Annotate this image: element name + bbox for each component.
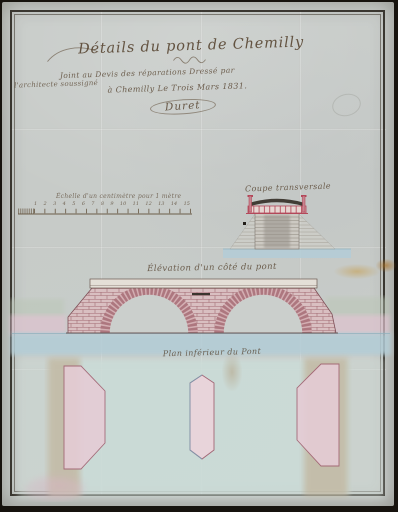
coupe-deck-beams <box>248 206 306 213</box>
parapet <box>90 279 317 288</box>
coupe-drawing <box>217 192 352 262</box>
plan-drawing <box>2 350 398 502</box>
green-wash-left <box>10 299 64 317</box>
scanned-sheet: Détails du pont de Chemilly Joint au Dev… <box>0 0 398 512</box>
scale-label: Échelle d'un centimètre pour 1 mètre <box>56 193 181 200</box>
keystone-mark <box>192 293 210 295</box>
title-block: Détails du pont de Chemilly Joint au Dev… <box>31 33 353 119</box>
coupe-left-parapet-post <box>249 196 252 212</box>
paper: Détails du pont de Chemilly Joint au Dev… <box>2 2 394 506</box>
pink-smudge <box>24 478 84 502</box>
scale-bar: Échelle d'un centimètre pour 1 mètre 123… <box>16 193 194 217</box>
coupe-right-parapet-post <box>303 196 306 212</box>
scale-ruler <box>16 207 194 216</box>
coupe-pier-shading <box>264 215 290 248</box>
ink-spot <box>243 222 246 225</box>
green-wash-right <box>326 297 390 317</box>
coupe-road-surface <box>251 199 303 206</box>
title-underline-flourish <box>171 54 211 64</box>
signature: Duret <box>150 97 216 116</box>
plan-center-pier <box>190 375 214 459</box>
pink-wash-left <box>10 315 66 335</box>
